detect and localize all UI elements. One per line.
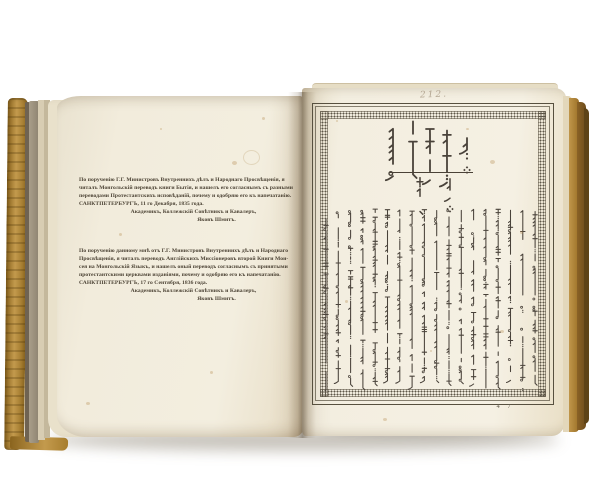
notice-2-line-2: Просвѣщенія, я читалъ переводъ Англійски… (79, 255, 298, 263)
notice-2-line-1: По порученію данному мнѣ отъ Г.Г. Минист… (79, 247, 298, 255)
pencil-folio-number: 212. (412, 89, 456, 101)
foxing-spot (160, 128, 162, 130)
foxing-spot (466, 128, 469, 130)
foxing-spot (119, 233, 122, 236)
title-underline-rule (389, 172, 473, 173)
foxing-spot (520, 231, 523, 234)
foxing-spot (210, 371, 213, 374)
photo-open-book: По порученію Г.Г. Министровъ Внутреннихъ… (0, 0, 600, 500)
notice-2-signature-title: Академикъ, Коллежскій Совѣтникъ и Кавале… (84, 287, 303, 295)
notice-1-line-1: По порученію Г.Г. Министровъ Внутреннихъ… (79, 176, 298, 184)
notice-2-signature-name: Яковъ Шмитъ. (107, 295, 326, 303)
printers-signature-mark: 4 7 (488, 403, 522, 411)
foxing-spot (86, 402, 90, 405)
notice-2-line-4: протестантскими церквами изданіями, поче… (79, 271, 298, 279)
foxing-spot (490, 160, 495, 164)
mongolian-body-script-columns (320, 207, 546, 391)
censor-notice-1: По порученію Г.Г. Министровъ Внутреннихъ… (79, 176, 298, 224)
notice-1-signature-name: Яковъ Шмитъ. (107, 216, 326, 224)
notice-2-line-3: сея на Монгольскій Языкъ, и нашелъ оный … (79, 263, 298, 271)
foxing-spot (383, 418, 387, 421)
notice-1-signature-title: Академикъ, Коллежскій Совѣтникъ и Кавале… (84, 208, 303, 216)
foxing-spot (262, 117, 265, 120)
foxing-spot (430, 350, 432, 352)
censor-notice-2: По порученію данному мнѣ отъ Г.Г. Минист… (79, 247, 298, 303)
notice-2-dateline: САНКТПЕТЕРБУРГЪ, 17 го Сентября, 1836 го… (79, 279, 298, 287)
foxing-spot (336, 120, 338, 122)
foxing-spot (345, 300, 348, 303)
notice-1-line-2: читалъ Монгольскій переводъ книги Бытія,… (79, 184, 298, 192)
notice-1-dateline: САНКТПЕТЕРБУРГЪ, 11 го Декабря, 1835 год… (79, 200, 298, 208)
right-edge-pages-dark (584, 108, 589, 424)
notice-1-line-3: переводами Протестантскихъ исповѣданій, … (79, 192, 298, 200)
foxing-spot (232, 161, 237, 165)
foxing-spot (500, 330, 504, 333)
stain-ring (243, 150, 260, 165)
